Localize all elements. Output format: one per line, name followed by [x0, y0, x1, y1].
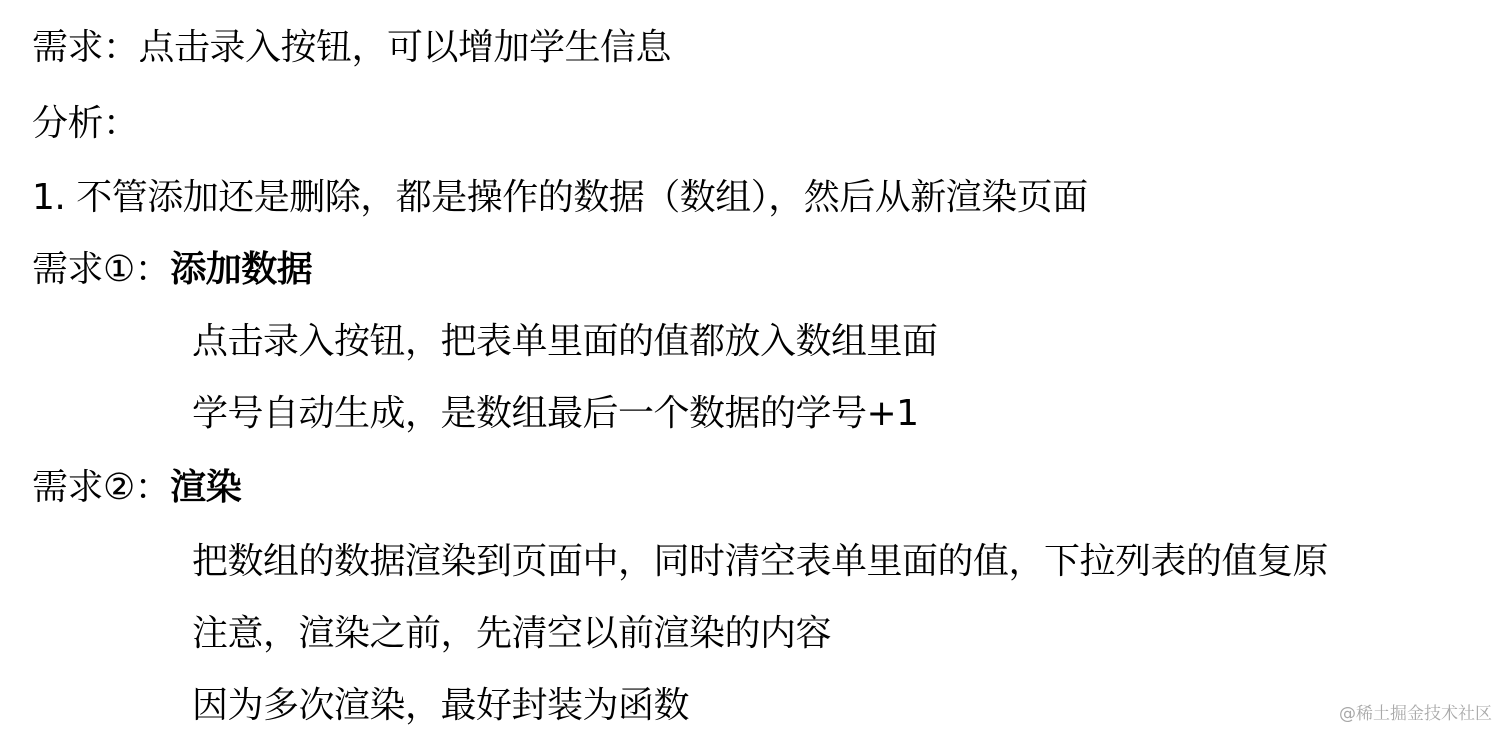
section-1-item-text: 学号自动生成，是数组最后一个数据的学号+1: [192, 393, 919, 434]
analysis-label: 分析：: [32, 103, 139, 144]
analysis-point: 1. 不管添加还是删除，都是操作的数据（数组），然后从新渲染页面: [32, 176, 1088, 220]
section-2-item: 把数组的数据渲染到页面中，同时清空表单里面的值，下拉列表的值复原: [192, 540, 1328, 584]
analysis-point-text: 1. 不管添加还是删除，都是操作的数据（数组），然后从新渲染页面: [32, 177, 1088, 218]
section-2-item-text: 因为多次渲染，最好封装为函数: [192, 685, 689, 726]
section-2-item-text: 注意，渲染之前，先清空以前渲染的内容: [192, 613, 831, 654]
requirement-label: 需求：: [32, 27, 139, 68]
section-1-item: 学号自动生成，是数组最后一个数据的学号+1: [192, 392, 919, 436]
requirement-text: 点击录入按钮，可以增加学生信息: [139, 27, 672, 68]
section-2-heading: 需求②：渲染: [32, 466, 241, 510]
section-2-item-text: 把数组的数据渲染到页面中，同时清空表单里面的值，下拉列表的值复原: [192, 541, 1328, 582]
section-1-heading: 需求①：添加数据: [32, 248, 312, 292]
requirement-line: 需求：点击录入按钮，可以增加学生信息: [32, 26, 671, 70]
section-2-item: 注意，渲染之前，先清空以前渲染的内容: [192, 612, 831, 656]
analysis-heading: 分析：: [32, 102, 139, 146]
section-2-title: 渲染: [170, 467, 241, 508]
section-1-label: 需求①：: [32, 249, 170, 290]
section-1-item: 点击录入按钮，把表单里面的值都放入数组里面: [192, 320, 938, 364]
section-2-label: 需求②：: [32, 467, 170, 508]
section-1-item-text: 点击录入按钮，把表单里面的值都放入数组里面: [192, 321, 938, 362]
watermark: @稀土掘金技术社区: [1339, 699, 1492, 724]
section-1-title: 添加数据: [170, 249, 312, 290]
section-2-item: 因为多次渲染，最好封装为函数: [192, 684, 689, 728]
